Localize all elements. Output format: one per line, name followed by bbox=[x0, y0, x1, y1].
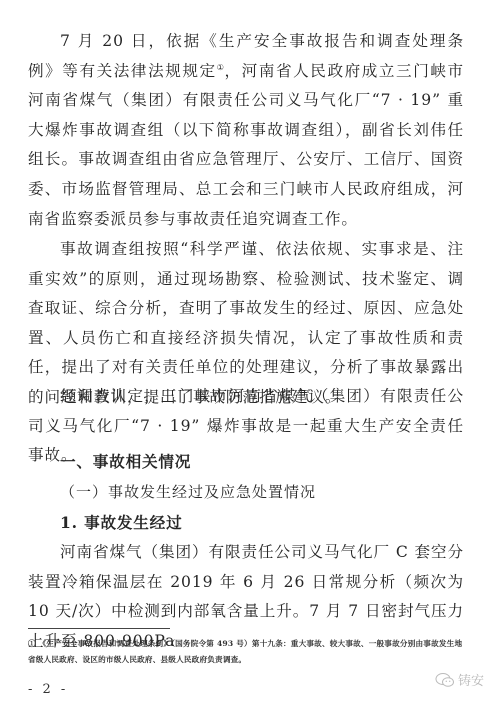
watermark: 铸安 bbox=[435, 670, 484, 689]
paragraph-investigation-team: 7 月 20 日，依据《生产安全事故报告和调查处理条例》等有关法律法规规定①，河… bbox=[28, 27, 464, 234]
footnote-marker: ① bbox=[28, 639, 36, 648]
footnote-reference[interactable]: ① bbox=[217, 62, 225, 71]
subsection-heading: （一）事故发生经过及应急处置情况 bbox=[60, 478, 316, 507]
wechat-icon bbox=[435, 672, 455, 688]
watermark-label: 铸安 bbox=[458, 670, 484, 689]
section-heading: 一、事故相关情况 bbox=[60, 448, 191, 477]
footnote-text: 《生产安全事故报告和调查处理条例》（国务院令第 493 号）第十九条：重大事故、… bbox=[28, 639, 462, 664]
document-page: 7 月 20 日，依据《生产安全事故报告和调查处理条例》等有关法律法规规定①，河… bbox=[0, 0, 499, 713]
paragraph-text: ，河南省人民政府成立三门峡市河南省煤气（集团）有限责任公司义马气化厂“7 · 1… bbox=[28, 62, 464, 228]
item-heading: 1. 事故发生经过 bbox=[60, 508, 182, 537]
footnote-divider bbox=[28, 628, 170, 629]
page-number: - 2 - bbox=[28, 682, 68, 697]
footnote: ① 《生产安全事故报告和调查处理条例》（国务院令第 493 号）第十九条：重大事… bbox=[28, 636, 468, 668]
